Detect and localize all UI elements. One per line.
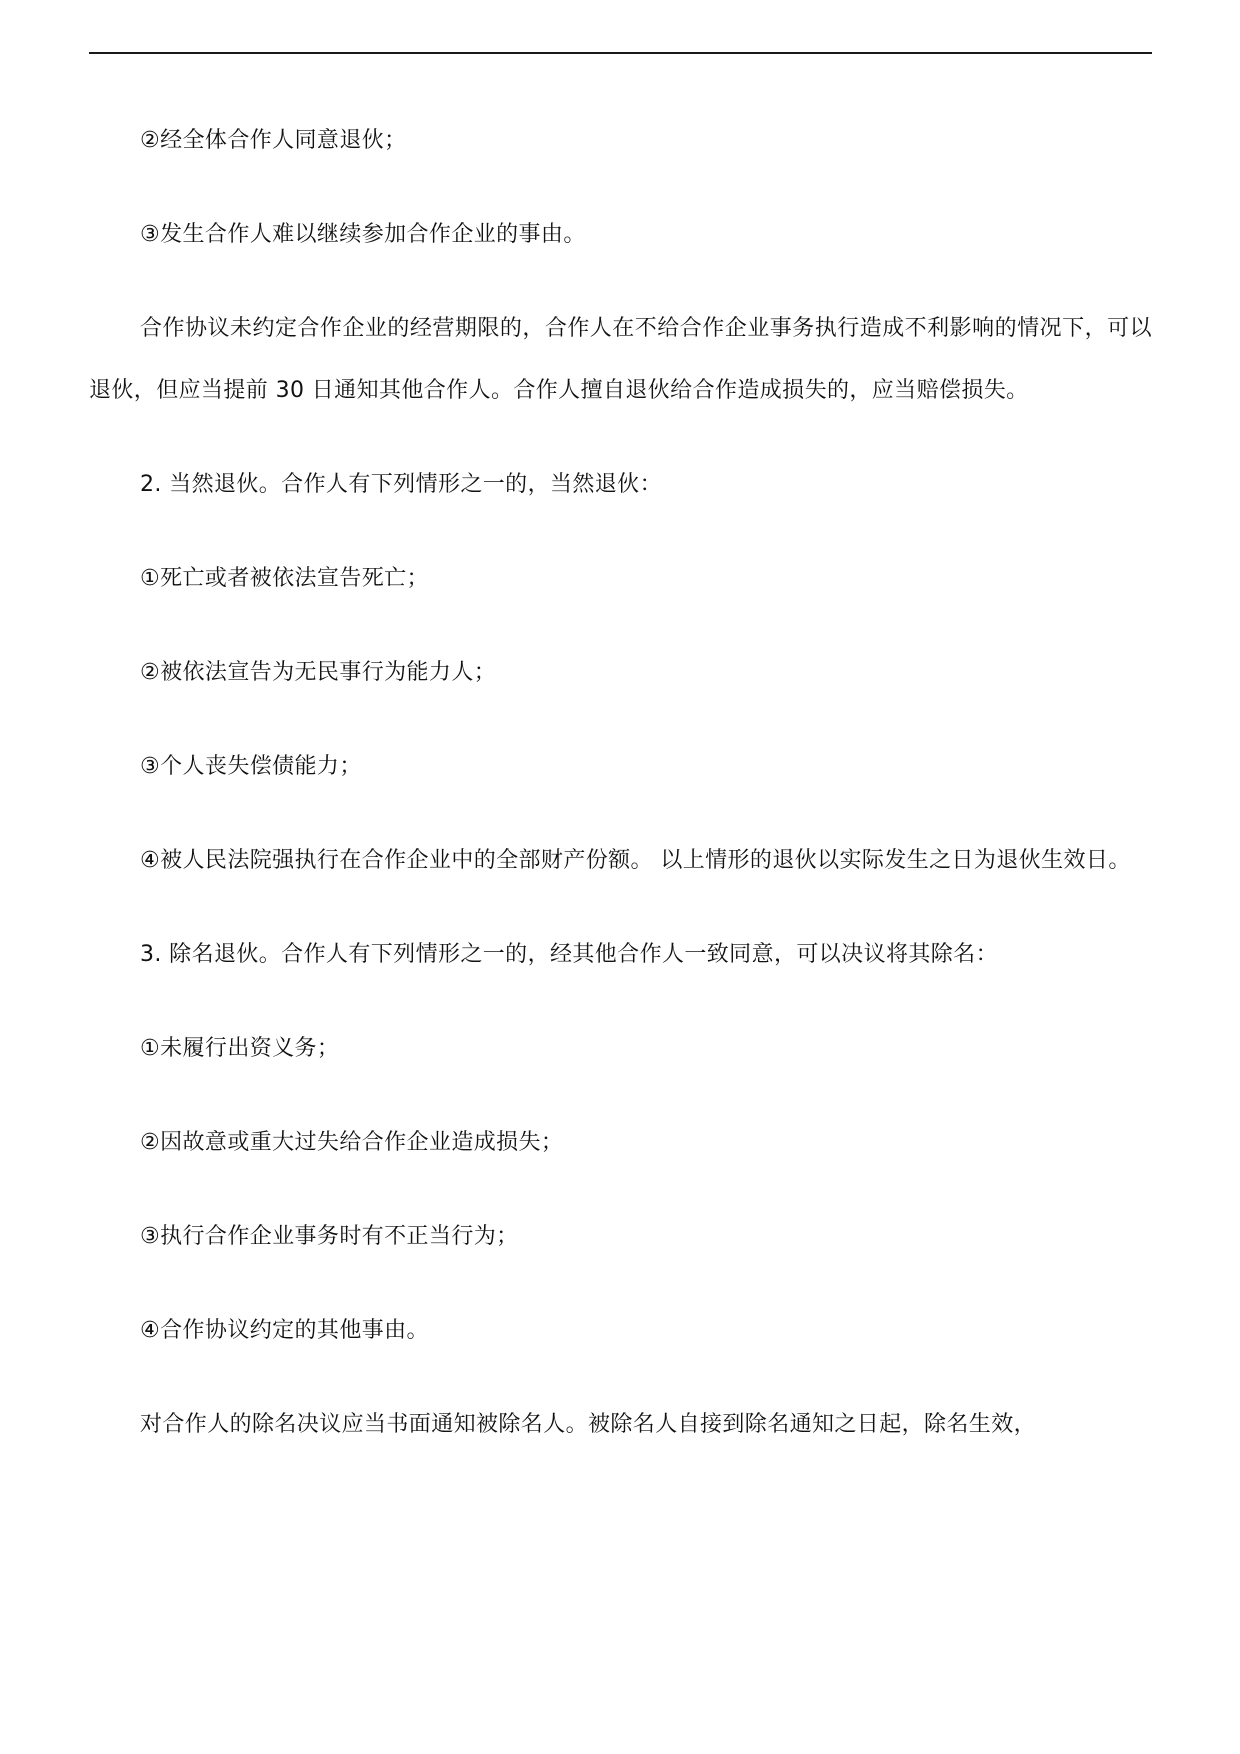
document-body: ②经全体合作人同意退伙； ③发生合作人难以继续参加合作企业的事由。 合作协议未约… bbox=[89, 110, 1152, 1488]
document-page: ②经全体合作人同意退伙； ③发生合作人难以继续参加合作企业的事由。 合作协议未约… bbox=[0, 0, 1240, 1754]
paragraph-expulsion-notice: 对合作人的除名决议应当书面通知被除名人。被除名人自接到除名通知之日起，除名生效， bbox=[89, 1394, 1152, 1456]
heading-expulsion-withdrawal: 3. 除名退伙。合作人有下列情形之一的，经其他合作人一致同意，可以决议将其除名： bbox=[89, 924, 1152, 986]
paragraph-other-causes: ④合作协议约定的其他事由。 bbox=[89, 1300, 1152, 1362]
paragraph-insolvency: ③个人丧失偿债能力； bbox=[89, 736, 1152, 798]
paragraph-difficulty-withdrawal: ③发生合作人难以继续参加合作企业的事由。 bbox=[89, 204, 1152, 266]
paragraph-negligence-loss: ②因故意或重大过失给合作企业造成损失； bbox=[89, 1112, 1152, 1174]
paragraph-consent-withdrawal: ②经全体合作人同意退伙； bbox=[89, 110, 1152, 172]
paragraph-death: ①死亡或者被依法宣告死亡； bbox=[89, 548, 1152, 610]
paragraph-court-enforcement: ④被人民法院强执行在合作企业中的全部财产份额。 以上情形的退伙以实际发生之日为退… bbox=[89, 830, 1152, 892]
heading-automatic-withdrawal: 2. 当然退伙。合作人有下列情形之一的，当然退伙： bbox=[89, 454, 1152, 516]
paragraph-misconduct: ③执行合作企业事务时有不正当行为； bbox=[89, 1206, 1152, 1268]
paragraph-no-term-withdrawal: 合作协议未约定合作企业的经营期限的，合作人在不给合作企业事务执行造成不利影响的情… bbox=[89, 298, 1152, 422]
header-rule bbox=[89, 52, 1152, 54]
paragraph-incapacity: ②被依法宣告为无民事行为能力人； bbox=[89, 642, 1152, 704]
paragraph-unpaid-contribution: ①未履行出资义务； bbox=[89, 1018, 1152, 1080]
